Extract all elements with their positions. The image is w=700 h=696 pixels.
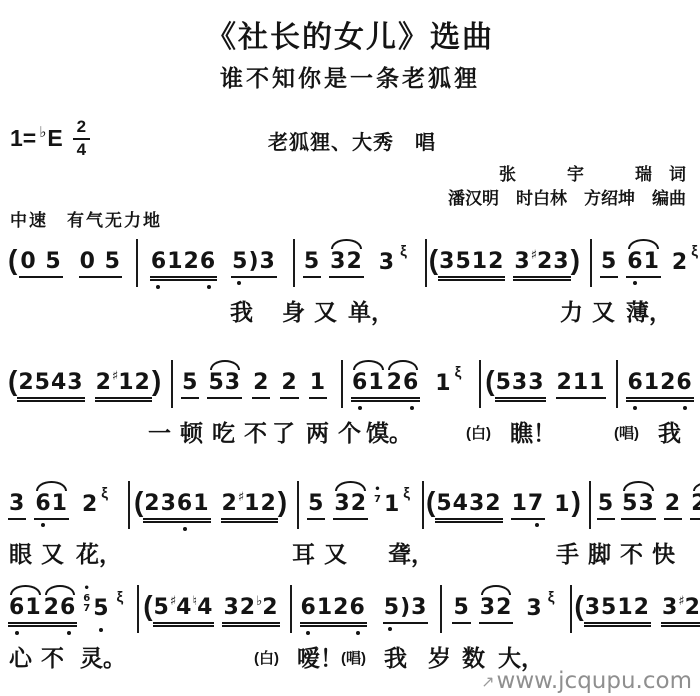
digit: ) (248, 249, 259, 274)
barline (440, 585, 442, 633)
lyrics-row: 心不灵。(白)嗳！(唱)我岁数大， (4, 638, 696, 672)
octave-dot (237, 281, 241, 285)
barline (297, 481, 299, 529)
lyric-syllable: (白) (254, 647, 279, 668)
lyrics-row: 一顿吃不了两个馍。(白)瞧！(唱)我 (4, 413, 696, 447)
lyric-syllable: 不 (41, 640, 64, 673)
note-digits: 0 5 (80, 249, 121, 274)
note-group: 6126 (626, 369, 693, 399)
note-group: 533 (495, 369, 546, 399)
octave-dot (410, 406, 414, 410)
note-digits: 17 (512, 491, 545, 516)
barline (136, 239, 138, 287)
digit: 5 (45, 249, 61, 274)
note-digits: 2 (281, 370, 297, 395)
digit: 2 (44, 595, 60, 620)
tempo-marking: 中速 有气无力地 (10, 206, 162, 231)
digit: 3 (223, 595, 239, 620)
lyric-syllable: (白) (466, 422, 491, 443)
digit: 5 (93, 596, 109, 621)
digit: 5 (496, 370, 512, 395)
digit: 0 (80, 249, 96, 274)
note-group: 2 (671, 249, 689, 277)
lyric-syllable: 嗳！ (297, 640, 343, 673)
digit: 3 (161, 491, 177, 516)
digit: 3 (662, 595, 678, 620)
note-group: 3♯23 (661, 594, 700, 624)
note-digits: 32♭2 (223, 595, 278, 620)
digit: 1 (384, 492, 400, 517)
lyric-syllable: 不 (620, 536, 643, 569)
parenthesis: ( (426, 486, 435, 518)
note-group: 61 (626, 248, 661, 278)
note-group: 1 (553, 491, 571, 519)
octave-dot (41, 523, 45, 527)
octave-dot (535, 523, 539, 527)
digit: 7 (528, 491, 544, 516)
note-group: 3512 (438, 248, 505, 278)
digit: 3 (585, 595, 601, 620)
lyric-syllable: 又 (592, 294, 615, 327)
parenthesis: ( (143, 590, 152, 622)
lyric-syllable: 又 (41, 536, 64, 569)
digit: 6 (200, 249, 216, 274)
performers-label: 老狐狸、大秀 唱 (268, 126, 436, 155)
tie-arc (388, 360, 419, 370)
meter-denominator: 4 (77, 140, 86, 160)
header: 《社长的女儿》选曲 谁不知你是一条老狐狸 1=♭E 2 4 老狐狸、大秀 唱 张… (0, 0, 700, 232)
digit: 6 (9, 595, 25, 620)
digit: 3 (512, 370, 528, 395)
digit: 3 (379, 250, 395, 275)
composer-credit: 潘汉明 时白林 方绍坤 编曲 (448, 184, 686, 209)
note-group: 5 (600, 248, 618, 278)
note-group: 32 (479, 594, 514, 624)
digit: 5 (455, 249, 471, 274)
barline (570, 585, 572, 633)
tie-arc (10, 585, 41, 595)
digit: 1 (435, 371, 451, 396)
parenthesis: ) (152, 365, 161, 397)
notation-row: (0 50 561265)35323ξ(35123♯23)5612ξ (4, 234, 696, 292)
note-group: 1 (383, 491, 401, 519)
flat-icon: ♭ (39, 123, 46, 141)
rest-icon: ξ (101, 485, 108, 502)
music-system-1: (0 50 561265)35323ξ(35123♯23)5612ξ 我身又单，… (4, 234, 696, 326)
note-group: 17 (511, 490, 546, 520)
lyric-syllable: 灵。 (80, 640, 126, 673)
digit: 3 (330, 249, 346, 274)
note-digits: 61 (352, 370, 385, 395)
parenthesis: ( (8, 365, 17, 397)
parenthesis: ( (8, 244, 17, 276)
note-digits: 1 (384, 492, 400, 517)
barline (171, 360, 173, 408)
lyric-syllable: 耳 (292, 536, 315, 569)
digit: 2 (82, 492, 98, 517)
note-digits: 3♯23 (662, 595, 700, 620)
lyric-syllable: 花， (76, 536, 122, 569)
sheet-music-page: 《社长的女儿》选曲 谁不知你是一条老狐狸 1=♭E 2 4 老狐狸、大秀 唱 张… (0, 0, 700, 696)
octave-dot (67, 631, 71, 635)
lyric-syllable: 脚 (588, 536, 611, 569)
digit: 2 (333, 595, 349, 620)
lyric-syllable: 聋， (388, 536, 434, 569)
note-digits: 2361 (144, 491, 209, 516)
note-group: 5 (181, 369, 199, 399)
tie-arc (210, 360, 241, 370)
note-digits: 5 (308, 491, 324, 516)
digit: 2 (262, 595, 278, 620)
octave-dot (633, 281, 637, 285)
digit: 1 (368, 370, 384, 395)
note-digits: 1 (554, 492, 570, 517)
lyrics-row: 眼又花，耳又聋，手脚不快 (4, 534, 696, 568)
notation-row: (25432♯12)55322161261ξ(53321161261)2 (4, 355, 696, 413)
note-digits: 5)3 (232, 249, 276, 274)
lyrics-row: 我身又单，力又薄， (4, 292, 696, 326)
octave-dot (388, 627, 392, 631)
rest-icon: ξ (403, 485, 410, 502)
digit: 4 (197, 595, 213, 620)
note-digits: 32 (334, 491, 367, 516)
key-do: 1 (10, 125, 23, 152)
note-group: 5)3 (383, 594, 429, 624)
note-digits: 533 (496, 370, 545, 395)
digit: 3 (638, 491, 654, 516)
digit: 2 (253, 370, 269, 395)
digit: 6 (177, 491, 193, 516)
note-group: 2♯12 (95, 369, 152, 399)
score-area: (0 50 561265)35323ξ(35123♯23)5612ξ 我身又单，… (4, 234, 696, 696)
note-digits: 32 (480, 595, 513, 620)
lyric-syllable: 岁 (428, 640, 451, 673)
note-group: 5 (452, 594, 470, 624)
note-group: 3 (8, 490, 26, 520)
note-digits: 61 (9, 595, 42, 620)
barline (293, 239, 295, 287)
digit: 1 (617, 595, 633, 620)
digit: 3 (260, 249, 276, 274)
note-group: 2361 (143, 490, 210, 520)
meter-numerator: 2 (73, 118, 90, 140)
barline (425, 239, 427, 287)
note-digits: 1 (310, 370, 326, 395)
rest-icon: ξ (548, 589, 555, 606)
digit: 5 (308, 491, 324, 516)
song-subtitle: 谁不知你是一条老狐狸 (0, 60, 700, 93)
tie-arc (335, 481, 366, 491)
lyric-syllable: 我 (384, 640, 407, 673)
digit: 1 (167, 249, 183, 274)
digit: 1 (554, 492, 570, 517)
note-group: 3512 (584, 594, 651, 624)
note-group: 211 (556, 369, 607, 399)
lyric-syllable: 薄， (626, 294, 672, 327)
tie-arc (693, 481, 700, 491)
note-digits: 2♯12 (96, 370, 151, 395)
note-group: 3♯23 (513, 248, 570, 278)
note-group: 53 (621, 490, 656, 520)
note-group: 32 (333, 490, 368, 520)
lyric-syllable: 两 (306, 415, 329, 448)
octave-dot (356, 631, 360, 635)
digit: 0 (20, 249, 36, 274)
note-group: 5 (307, 490, 325, 520)
barline (422, 481, 424, 529)
digit: 5 (208, 370, 224, 395)
grace-note: •67 (83, 584, 90, 614)
lyric-syllable: 一 (148, 415, 171, 448)
music-system-2: (25432♯12)55322161261ξ(53321161261)2 一顿吃… (4, 355, 696, 447)
digit: 3 (439, 249, 455, 274)
digit: 6 (676, 370, 692, 395)
digit: 6 (349, 595, 365, 620)
watermark-arrow-icon: ↗ (481, 672, 494, 691)
octave-dot (15, 631, 19, 635)
note-digits: 26 (44, 595, 77, 620)
digit: 2 (346, 249, 362, 274)
digit: 1 (310, 370, 326, 395)
note-group: 2♯12 (221, 490, 278, 520)
digit: 5 (598, 491, 614, 516)
accidental-icon: ♮ (192, 595, 197, 608)
note-group: 0 5 (79, 248, 122, 278)
digit: 5 (453, 595, 469, 620)
octave-dot (183, 527, 187, 531)
digit: 3 (553, 249, 569, 274)
barline (290, 585, 292, 633)
note-digits: 26 (387, 370, 420, 395)
digit: 5 (601, 595, 617, 620)
digit: 2 (184, 249, 200, 274)
digit: 2 (557, 370, 573, 395)
note-group: 2 (664, 490, 682, 520)
digit: 6 (60, 595, 76, 620)
digit: 5 (436, 491, 452, 516)
lyric-syllable: 我 (658, 415, 681, 448)
note-group: 5432 (435, 490, 502, 520)
digit: 5 (35, 370, 51, 395)
tie-arc (45, 585, 76, 595)
lyric-syllable: 又 (314, 294, 337, 327)
digit: 5 (232, 249, 248, 274)
tie-arc (623, 481, 654, 491)
digit: 2 (222, 491, 238, 516)
digit: 1 (644, 370, 660, 395)
digit: 2 (387, 370, 403, 395)
digit: 1 (589, 370, 605, 395)
parenthesis: ) (278, 486, 287, 518)
note-group: 5♯4♮4 (153, 594, 215, 624)
digit: 1 (644, 249, 660, 274)
note-digits: 2 (665, 491, 681, 516)
note-digits: 2543 (18, 370, 83, 395)
digit: 1 (193, 491, 209, 516)
digit: 2 (18, 370, 34, 395)
digit: 6 (352, 370, 368, 395)
digit: 5 (182, 370, 198, 395)
parenthesis: ( (429, 244, 438, 276)
digit: 6 (627, 249, 643, 274)
digit: 2 (496, 595, 512, 620)
tie-arc (628, 239, 659, 249)
digit: 2 (260, 491, 276, 516)
digit: 5 (304, 249, 320, 274)
digit: 2 (537, 249, 553, 274)
digit: 2 (281, 370, 297, 395)
note-group: 32♭2 (222, 594, 279, 624)
note-group: 2543 (17, 369, 84, 399)
note-digits: 3 (526, 596, 542, 621)
note-digits: 5 (93, 596, 109, 621)
barline (137, 585, 139, 633)
rest-icon: ξ (691, 243, 698, 260)
note-digits: 2 1 (691, 491, 700, 516)
note-group: 1 (434, 370, 452, 398)
note-group: 32 (329, 248, 364, 278)
grace-row: 7 (83, 604, 90, 614)
digit: 3 (334, 491, 350, 516)
note-group: 6126 (300, 594, 367, 624)
digit: 1 (573, 370, 589, 395)
grace-row: 7 (374, 495, 381, 505)
lyric-syllable: 馍。 (366, 415, 412, 448)
octave-dot (683, 406, 687, 410)
digit: 3 (411, 595, 427, 620)
digit: 1 (118, 370, 134, 395)
octave-dot (306, 631, 310, 635)
digit: 4 (176, 595, 192, 620)
tie-arc (353, 360, 384, 370)
digit: 6 (627, 370, 643, 395)
lyric-syllable: 身 (282, 294, 305, 327)
octave-dot (156, 285, 160, 289)
lyric-syllable: 心 (9, 640, 32, 673)
digit: 2 (240, 595, 256, 620)
rest-icon: ξ (455, 364, 462, 381)
note-group: 61 (351, 369, 386, 399)
note-group: 2 (280, 369, 298, 399)
digit: 5 (105, 249, 121, 274)
digit: 2 (672, 250, 688, 275)
octave-dot (99, 628, 103, 632)
note-digits: 5 (182, 370, 198, 395)
lyric-syllable: 又 (324, 536, 347, 569)
lyric-syllable: 吃 (212, 415, 235, 448)
note-digits: 5 (304, 249, 320, 274)
accidental-icon: ♯ (112, 370, 118, 383)
note-group: 5 (597, 490, 615, 520)
barline (128, 481, 130, 529)
note-digits: 6126 (151, 249, 216, 274)
accidental-icon: ♭ (256, 595, 262, 608)
note-digits: 5 (598, 491, 614, 516)
note-group: 2 1 (690, 490, 700, 520)
note-group: 26 (43, 594, 78, 624)
octave-dot (633, 406, 637, 410)
note-digits: 3512 (585, 595, 650, 620)
note-digits: 2 (82, 492, 98, 517)
digit: 6 (301, 595, 317, 620)
key-equals: = (23, 125, 36, 152)
parenthesis: ( (485, 365, 494, 397)
note-group: 6126 (150, 248, 217, 278)
note-digits: 0 5 (20, 249, 61, 274)
lyric-syllable: (唱) (614, 422, 639, 443)
digit: 2 (135, 370, 151, 395)
digit: 3 (67, 370, 83, 395)
note-digits: 5 (601, 249, 617, 274)
note-digits: 5432 (436, 491, 501, 516)
digit: 3 (469, 491, 485, 516)
parenthesis: ) (571, 244, 580, 276)
note-digits: 3512 (439, 249, 504, 274)
digit: ) (400, 595, 411, 620)
digit: 4 (453, 491, 469, 516)
lyric-syllable: 我 (230, 294, 253, 327)
parenthesis: ( (574, 590, 583, 622)
digit: 1 (472, 249, 488, 274)
digit: 1 (317, 595, 333, 620)
digit: 1 (244, 491, 260, 516)
lyric-syllable: 手 (556, 536, 579, 569)
digit: 2 (685, 595, 700, 620)
note-group: 26 (386, 369, 421, 399)
key-letter: E (47, 125, 62, 152)
digit (96, 249, 105, 274)
note-group: 2 (252, 369, 270, 399)
lyric-syllable: 力 (560, 294, 583, 327)
accidental-icon: ♯ (531, 249, 537, 262)
lyric-syllable: 个 (338, 415, 361, 448)
note-digits: 5 (453, 595, 469, 620)
digit: 5 (601, 249, 617, 274)
digit: 3 (528, 370, 544, 395)
note-digits: 211 (557, 370, 606, 395)
song-title: 《社长的女儿》选曲 (0, 12, 700, 56)
digit: 1 (512, 491, 528, 516)
digit: 5 (622, 491, 638, 516)
note-group: 0 5 (19, 248, 62, 278)
music-system-4: 6126•675ξ(5♯4♮432♭261265)35323ξ(35123♯23… (4, 580, 696, 672)
lyric-syllable: 不 (244, 415, 267, 448)
digit: 2 (691, 491, 700, 516)
note-digits: 53 (208, 370, 241, 395)
note-group: 2 (81, 491, 99, 519)
barline (589, 481, 591, 529)
rest-icon: ξ (117, 589, 124, 606)
notation-row: 6126•675ξ(5♯4♮432♭261265)35323ξ(35123♯23… (4, 580, 696, 638)
note-digits: 3 (379, 250, 395, 275)
lyric-syllable: 了 (272, 415, 295, 448)
note-digits: 2 (672, 250, 688, 275)
accidental-icon: ♯ (238, 491, 244, 504)
rest-icon: ξ (400, 243, 407, 260)
notation-row: 3612ξ(23612♯12)532•71ξ(5432171)55322 1 (4, 476, 696, 534)
barline (341, 360, 343, 408)
digit: 2 (351, 491, 367, 516)
watermark: ↗ www.jcqupu.com (481, 668, 692, 694)
digit: 2 (634, 595, 650, 620)
tie-arc (481, 585, 512, 595)
barline (479, 360, 481, 408)
note-digits: 5♯4♮4 (154, 595, 214, 620)
grace-note: •7 (374, 485, 381, 505)
watermark-text: www.jcqupu.com (497, 668, 692, 694)
lyric-syllable: 快 (652, 536, 675, 569)
note-digits: 3 (9, 491, 25, 516)
